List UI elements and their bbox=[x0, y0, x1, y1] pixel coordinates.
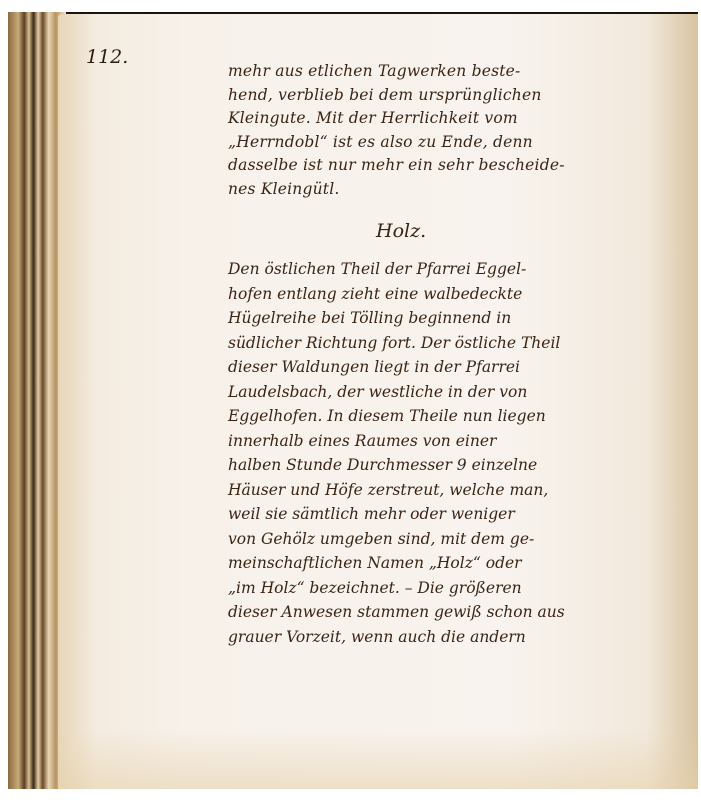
text-line: grauer Vorzeit, wenn auch die andern bbox=[228, 625, 688, 650]
text-line: innerhalb eines Raumes von einer bbox=[228, 429, 688, 454]
text-line: mehr aus etlichen Tagwerken beste- bbox=[228, 60, 688, 84]
text-line: Kleingute. Mit der Herrlichkeit vom bbox=[228, 107, 688, 131]
text-line: hend, verblieb bei dem ursprünglichen bbox=[228, 84, 688, 108]
spacer bbox=[228, 243, 688, 257]
page-number: 112. bbox=[86, 46, 128, 68]
text-line: Eggelhofen. In diesem Theile nun liegen bbox=[228, 404, 688, 429]
handwritten-text-block: mehr aus etlichen Tagwerken beste- hend,… bbox=[228, 60, 688, 649]
text-line: hofen entlang zieht eine walbedeckte bbox=[228, 282, 688, 307]
text-line: halben Stunde Durchmesser 9 einzelne bbox=[228, 453, 688, 478]
text-line: Laudelsbach, der westliche in der von bbox=[228, 380, 688, 405]
text-line: Hügelreihe bei Tölling beginnend in bbox=[228, 306, 688, 331]
text-line: „Herrndobl“ ist es also zu Ende, denn bbox=[228, 131, 688, 155]
text-line: von Gehölz umgeben sind, mit dem ge- bbox=[228, 527, 688, 552]
section-heading: Holz. bbox=[228, 201, 688, 243]
text-line: weil sie sämtlich mehr oder weniger bbox=[228, 502, 688, 527]
text-line: nes Kleingütl. bbox=[228, 178, 688, 202]
text-line: dieser Anwesen stammen gewiß schon aus bbox=[228, 600, 688, 625]
text-line: dieser Waldungen liegt in der Pfarrei bbox=[228, 355, 688, 380]
text-line: dasselbe ist nur mehr ein sehr bescheide… bbox=[228, 154, 688, 178]
text-line: Häuser und Höfe zerstreut, welche man, bbox=[228, 478, 688, 503]
text-line: „im Holz“ bezeichnet. – Die größeren bbox=[228, 576, 688, 601]
text-line: meinschaftlichen Namen „Holz“ oder bbox=[228, 551, 688, 576]
text-line: südlicher Richtung fort. Der östliche Th… bbox=[228, 331, 688, 356]
paragraph-continuation: mehr aus etlichen Tagwerken beste- hend,… bbox=[228, 60, 688, 201]
paragraph-holz: Den östlichen Theil der Pfarrei Eggel- h… bbox=[228, 257, 688, 649]
text-line: Den östlichen Theil der Pfarrei Eggel- bbox=[228, 257, 688, 282]
